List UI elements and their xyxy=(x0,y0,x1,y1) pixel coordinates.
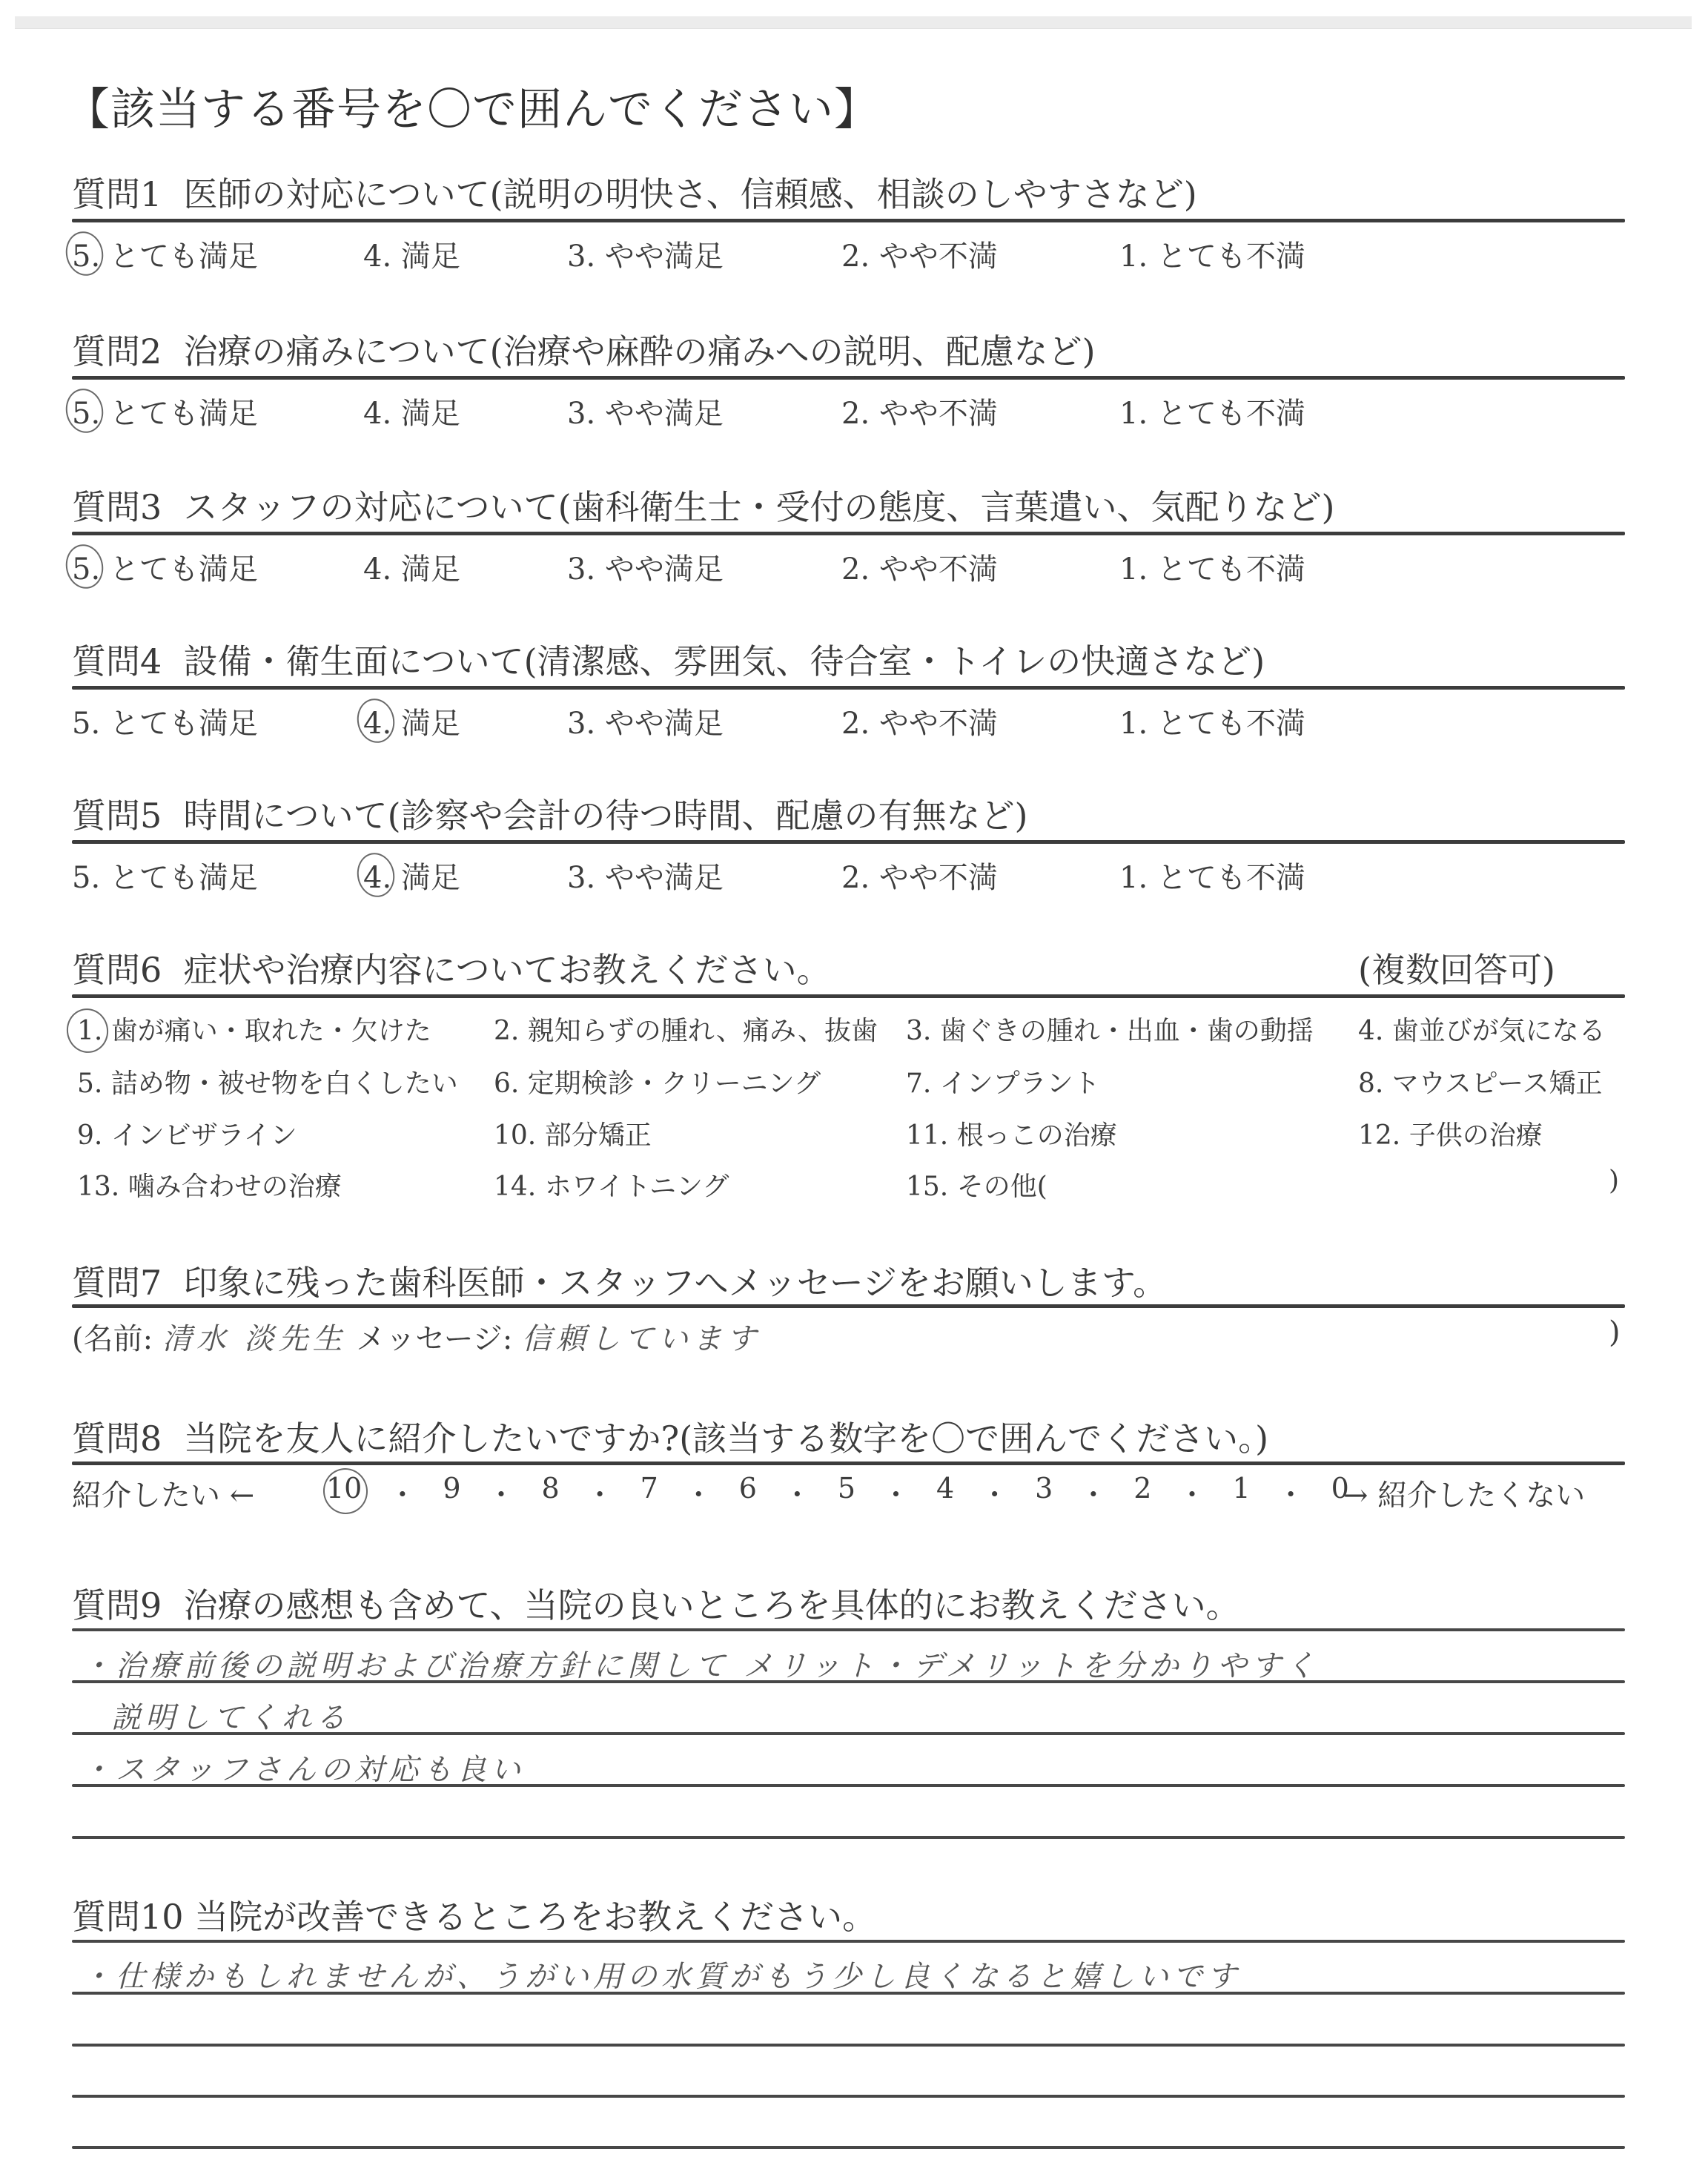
q6-item-4[interactable]: 4. 歯並びが気になる xyxy=(1358,1010,1606,1048)
q6-item-14[interactable]: 14. ホワイトニング xyxy=(494,1166,729,1203)
q1-option-1[interactable]: 1. とても不満 xyxy=(1119,233,1305,275)
q6-item-2[interactable]: 2. 親知らずの腫れ、痛み、抜歯 xyxy=(494,1010,878,1048)
q5-rule xyxy=(72,840,1625,844)
q1-option-4[interactable]: 4. 満足 xyxy=(363,233,460,275)
q5-text: 時間について(診察や会計の待つ時間、配慮の有無など) xyxy=(184,796,1028,836)
q1-option-3[interactable]: 3. やや満足 xyxy=(567,233,724,275)
q4-option-1[interactable]: 1. とても不満 xyxy=(1119,700,1305,742)
q8-scale-value-1[interactable]: 1 xyxy=(1232,1472,1250,1513)
q7-title: 質問7 印象に残った歯科医師・スタッフへメッセージをお願いします。 xyxy=(72,1256,1167,1305)
q6-title: 質問6 症状や治療内容についてお教えください。 xyxy=(72,943,831,992)
q6-other-close-paren: ) xyxy=(1609,1166,1619,1196)
q6-item-12[interactable]: 12. 子供の治療 xyxy=(1358,1114,1543,1152)
q6-item-9[interactable]: 9. インビザライン xyxy=(77,1114,297,1152)
q8-title: 質問8 当院を友人に紹介したいですか?(該当する数字を〇で囲んでください。) xyxy=(72,1412,1268,1461)
q3-text: スタッフの対応について(歯科衛生士・受付の態度、言葉遣い、気配りなど) xyxy=(184,487,1335,527)
q6-item-6[interactable]: 6. 定期検診・クリーニング xyxy=(494,1063,821,1100)
scale-separator: ・ xyxy=(1277,1472,1305,1513)
q2-title: 質問2 治療の痛みについて(治療や麻酔の痛みへの説明、配慮など) xyxy=(72,325,1096,374)
q3-label: 質問3 xyxy=(72,487,162,527)
scale-separator: ・ xyxy=(487,1472,515,1513)
q9-answer-line-3[interactable]: ・スタッフさんの対応も良い xyxy=(82,1746,525,1789)
q6-item-1[interactable]: 1. 歯が痛い・取れた・欠けた xyxy=(77,1010,431,1048)
scale-separator: ・ xyxy=(1178,1472,1206,1513)
q8-label: 質問8 xyxy=(72,1418,162,1459)
q10-answer-line-1[interactable]: ・仕様かもしれませんが、うがい用の水質がもう少し良くなると嬉しいです xyxy=(82,1953,1241,1995)
q4-label: 質問4 xyxy=(72,641,162,681)
q10-rule xyxy=(72,1940,1625,1943)
q1-option-2[interactable]: 2. やや不満 xyxy=(841,233,998,275)
form-instruction-title: 【該当する番号を〇で囲んでください】 xyxy=(65,74,879,138)
q1-label: 質問1 xyxy=(72,174,162,214)
q3-option-4[interactable]: 4. 満足 xyxy=(363,546,460,588)
q6-text: 症状や治療内容についてお教えください。 xyxy=(184,950,831,990)
q1-title: 質問1 医師の対応について(説明の明快さ、信頼感、相談のしやすさなど) xyxy=(72,168,1197,217)
q10-line xyxy=(72,2146,1625,2149)
q8-scale-value-9[interactable]: 9 xyxy=(443,1472,460,1513)
q2-rule xyxy=(72,376,1625,380)
scan-top-edge xyxy=(15,16,1692,29)
q4-option-5[interactable]: 5. とても満足 xyxy=(72,700,258,742)
q6-item-10[interactable]: 10. 部分矯正 xyxy=(494,1114,652,1152)
scale-separator: ・ xyxy=(388,1472,417,1513)
q9-line xyxy=(72,1784,1625,1787)
q8-rule xyxy=(72,1462,1625,1465)
q10-line xyxy=(72,2095,1625,2098)
q3-title: 質問3 スタッフの対応について(歯科衛生士・受付の態度、言葉遣い、気配りなど) xyxy=(72,480,1335,529)
scale-separator: ・ xyxy=(783,1472,811,1513)
q8-scale-value-3[interactable]: 3 xyxy=(1035,1472,1053,1513)
q5-option-3[interactable]: 3. やや満足 xyxy=(567,854,724,896)
q7-message-input[interactable]: 信頼しています xyxy=(522,1322,761,1356)
q6-item-15-other[interactable]: 15. その他( xyxy=(906,1166,1047,1203)
q7-name-input[interactable]: 清水 淡先生 xyxy=(162,1322,347,1356)
q5-title: 質問5 時間について(診察や会計の待つ時間、配慮の有無など) xyxy=(72,789,1028,838)
q8-scale-value-5[interactable]: 5 xyxy=(838,1472,855,1513)
q1-text: 医師の対応について(説明の明快さ、信頼感、相談のしやすさなど) xyxy=(184,174,1197,214)
q10-label: 質問10 xyxy=(72,1897,184,1937)
q8-left-label: 紹介したい ← xyxy=(72,1472,254,1514)
q9-line xyxy=(72,1836,1625,1839)
q8-scale-value-8[interactable]: 8 xyxy=(541,1472,559,1513)
q3-rule xyxy=(72,532,1625,535)
q9-line xyxy=(72,1680,1625,1683)
q6-item-11[interactable]: 11. 根っこの治療 xyxy=(906,1114,1117,1152)
q3-option-3[interactable]: 3. やや満足 xyxy=(567,546,724,588)
q8-scale-value-7[interactable]: 7 xyxy=(640,1472,658,1513)
q7-text: 印象に残った歯科医師・スタッフへメッセージをお願いします。 xyxy=(184,1263,1168,1303)
q9-rule xyxy=(72,1628,1625,1631)
q6-rule xyxy=(72,994,1625,998)
q2-option-4[interactable]: 4. 満足 xyxy=(363,390,460,432)
q9-line xyxy=(72,1732,1625,1735)
q5-option-2[interactable]: 2. やや不満 xyxy=(841,854,998,896)
scale-separator: ・ xyxy=(1079,1472,1108,1513)
q3-option-2[interactable]: 2. やや不満 xyxy=(841,546,998,588)
q2-option-3[interactable]: 3. やや満足 xyxy=(567,390,724,432)
q2-option-2[interactable]: 2. やや不満 xyxy=(841,390,998,432)
q2-label: 質問2 xyxy=(72,331,162,371)
q8-scale-value-6[interactable]: 6 xyxy=(739,1472,757,1513)
q9-text: 治療の感想も含めて、当院の良いところを具体的にお教えください。 xyxy=(184,1585,1240,1625)
q8-text: 当院を友人に紹介したいですか?(該当する数字を〇で囲んでください。) xyxy=(184,1418,1269,1459)
q8-scale-value-2[interactable]: 2 xyxy=(1133,1472,1151,1513)
q5-option-5[interactable]: 5. とても満足 xyxy=(72,854,258,896)
q9-answer-line-2[interactable]: 説明してくれる xyxy=(111,1694,350,1737)
q4-title: 質問4 設備・衛生面について(清潔感、雰囲気、待合室・トイレの快適さなど) xyxy=(72,635,1265,684)
q7-message-label: メッセージ: xyxy=(356,1322,512,1356)
q7-name-label: (名前: xyxy=(72,1322,153,1356)
scale-separator: ・ xyxy=(586,1472,614,1513)
q10-title: 質問10 当院が改善できるところをお教えください。 xyxy=(72,1890,876,1939)
q1-rule xyxy=(72,219,1625,222)
q6-item-7[interactable]: 7. インプラント xyxy=(906,1063,1100,1100)
q9-label: 質問9 xyxy=(72,1585,162,1625)
scale-separator: ・ xyxy=(882,1472,910,1513)
scale-separator: ・ xyxy=(981,1472,1009,1513)
q6-item-3[interactable]: 3. 歯ぐきの腫れ・出血・歯の動揺 xyxy=(906,1010,1314,1048)
q2-option-1[interactable]: 1. とても不満 xyxy=(1119,390,1305,432)
q3-option-1[interactable]: 1. とても不満 xyxy=(1119,546,1305,588)
q7-answer-row: (名前: 清水 淡先生 メッセージ: 信頼しています xyxy=(72,1315,761,1358)
q6-multiple-note: (複数回答可) xyxy=(1358,943,1555,992)
q2-text: 治療の痛みについて(治療や麻酔の痛みへの説明、配慮など) xyxy=(184,331,1096,371)
q8-scale-value-4[interactable]: 4 xyxy=(936,1472,954,1513)
q6-item-5[interactable]: 5. 詰め物・被せ物を白くしたい xyxy=(77,1063,458,1100)
q4-rule xyxy=(72,686,1625,690)
q10-line xyxy=(72,2044,1625,2047)
q8-scale: 10・9・8・7・6・5・4・3・2・1・0 xyxy=(326,1472,1349,1513)
q4-text: 設備・衛生面について(清潔感、雰囲気、待合室・トイレの快適さなど) xyxy=(184,641,1265,681)
q9-title: 質問9 治療の感想も含めて、当院の良いところを具体的にお教えください。 xyxy=(72,1579,1240,1628)
q8-right-label: → 紹介したくない xyxy=(1343,1472,1585,1514)
q7-close-paren: ) xyxy=(1609,1315,1621,1350)
q9-answer-line-1[interactable]: ・治療前後の説明および治療方針に関して メリット・デメリットを分かりやすく xyxy=(82,1642,1320,1685)
scale-separator: ・ xyxy=(684,1472,712,1513)
q7-rule xyxy=(72,1304,1625,1308)
q6-item-8[interactable]: 8. マウスピース矯正 xyxy=(1358,1063,1602,1100)
q10-text: 当院が改善できるところをお教えください。 xyxy=(194,1897,876,1937)
q4-option-3[interactable]: 3. やや満足 xyxy=(567,700,724,742)
q10-line xyxy=(72,1992,1625,1995)
q7-label: 質問7 xyxy=(72,1263,162,1303)
q6-item-13[interactable]: 13. 噛み合わせの治療 xyxy=(77,1166,342,1203)
q4-option-2[interactable]: 2. やや不満 xyxy=(841,700,998,742)
q5-option-1[interactable]: 1. とても不満 xyxy=(1119,854,1305,896)
q5-label: 質問5 xyxy=(72,796,162,836)
q6-label: 質問6 xyxy=(72,950,162,990)
